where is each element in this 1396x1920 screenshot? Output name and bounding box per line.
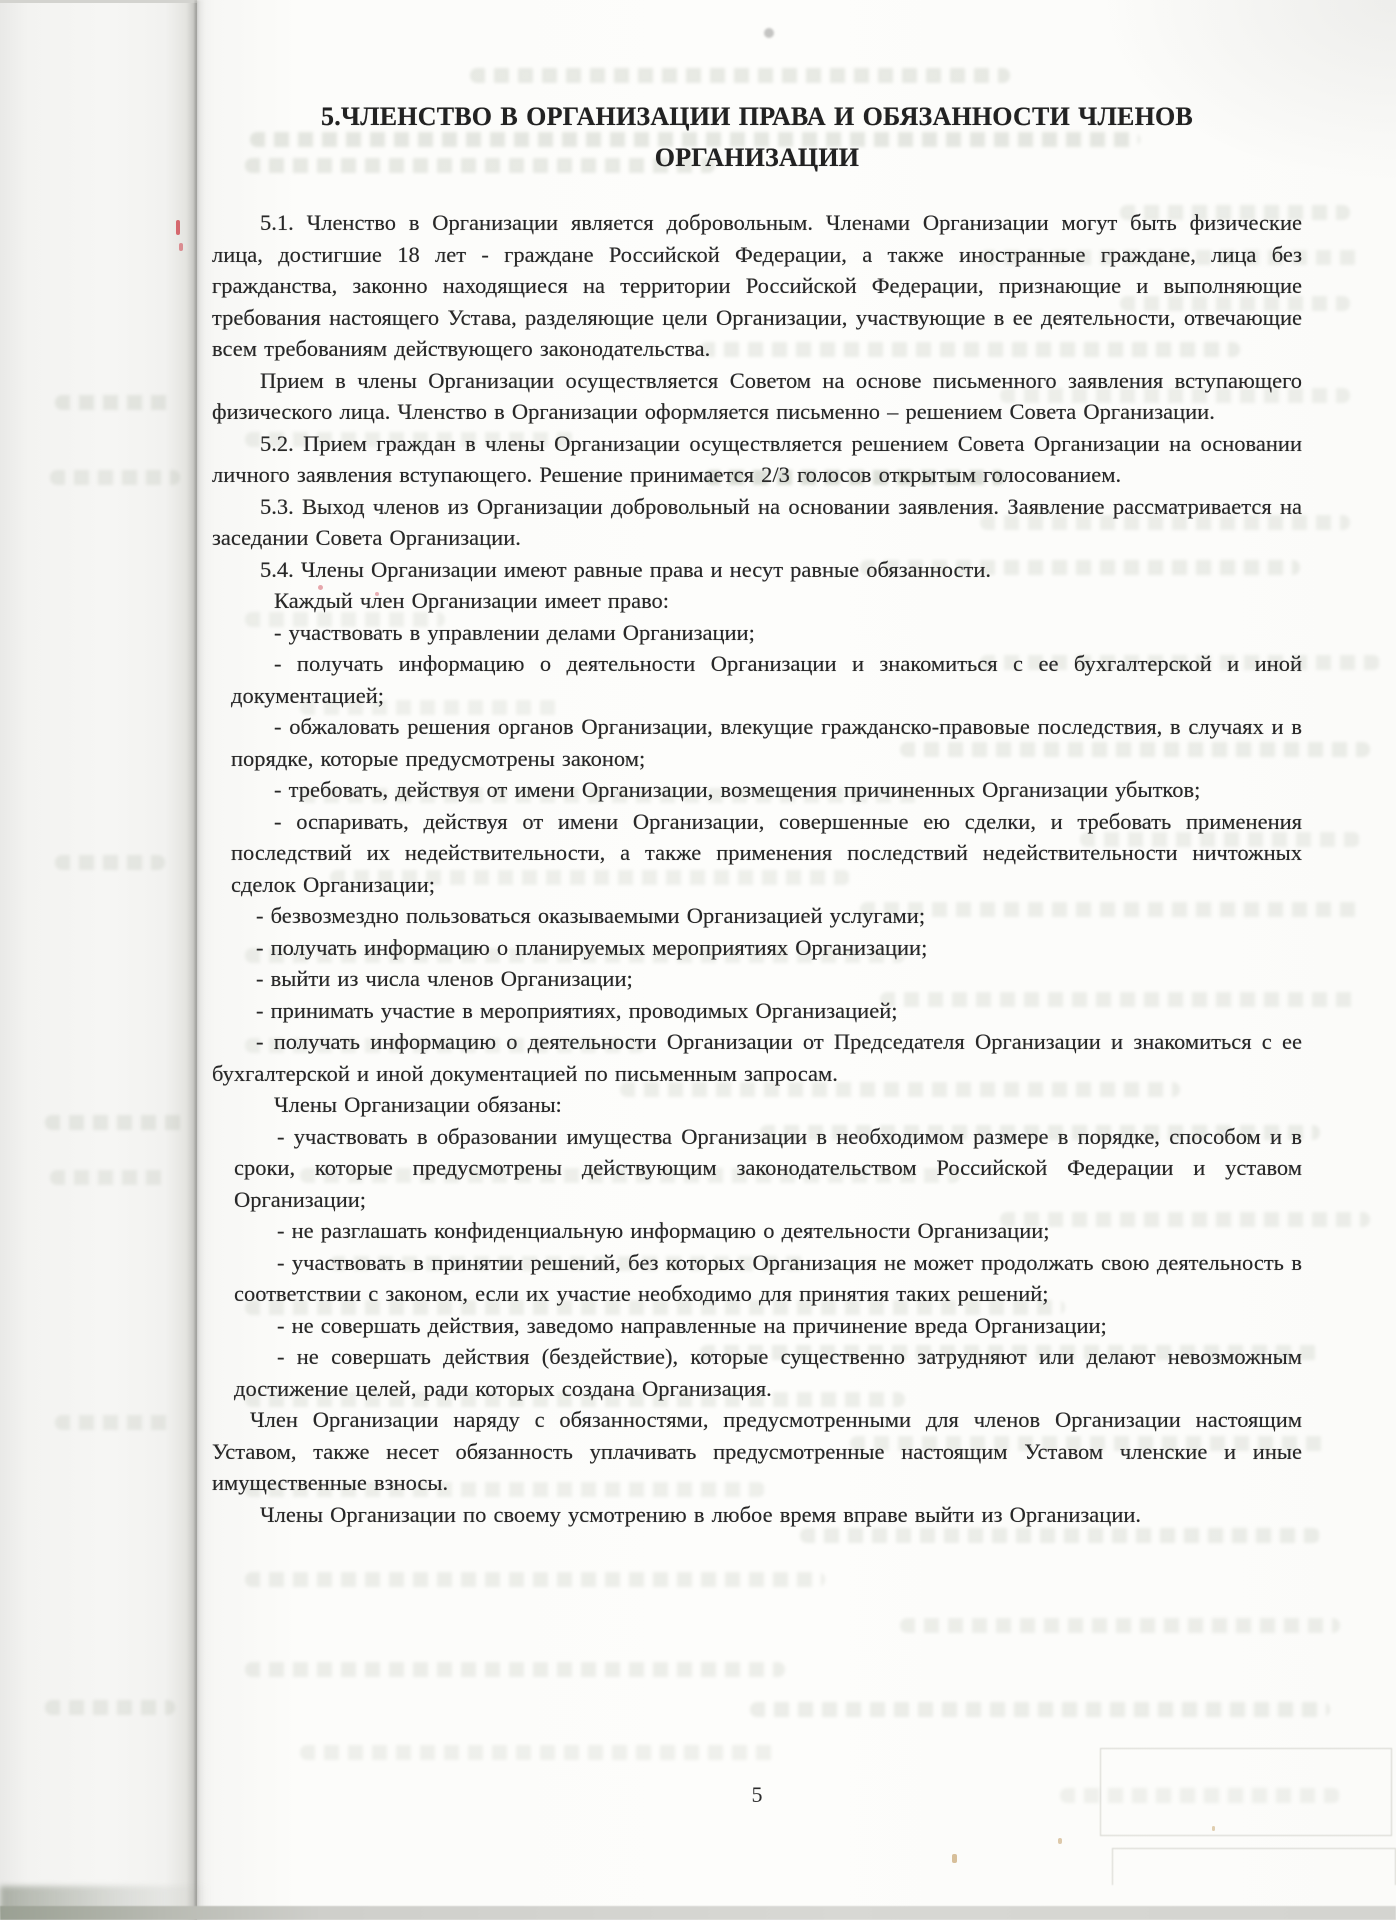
paragraph: 5.1. Членство в Организации является доб… bbox=[212, 207, 1302, 365]
paragraph: Члены Организации по своему усмотрению в… bbox=[212, 1499, 1302, 1531]
tan-speck bbox=[1212, 1826, 1215, 1831]
bleedthrough-line bbox=[50, 1170, 170, 1185]
bleedthrough-line bbox=[245, 1572, 825, 1587]
tan-speck bbox=[952, 1854, 957, 1863]
paragraph: - получать информацию о деятельности Орг… bbox=[212, 1026, 1302, 1089]
paragraph: - не совершать действия (бездействие), к… bbox=[212, 1341, 1302, 1404]
gray-dot bbox=[764, 28, 774, 38]
bleedthrough-line bbox=[55, 855, 165, 870]
paragraph: Члены Организации обязаны: bbox=[212, 1089, 1302, 1121]
paragraph: - участвовать в образовании имущества Ор… bbox=[212, 1121, 1302, 1216]
heading-line-1: 5.ЧЛЕНСТВО В ОРГАНИЗАЦИИ ПРАВА И ОБЯЗАНН… bbox=[321, 102, 1193, 131]
page-crease bbox=[195, 0, 205, 1920]
bleedthrough-line bbox=[45, 1115, 185, 1130]
paragraph: 5.2. Прием граждан в члены Организации о… bbox=[212, 428, 1302, 491]
bleedthrough-line bbox=[800, 1528, 1320, 1543]
paragraph: - требовать, действуя от имени Организац… bbox=[212, 774, 1302, 806]
bleedthrough-line bbox=[55, 395, 175, 410]
bleedthrough-line bbox=[750, 1702, 1330, 1717]
document-body: 5.ЧЛЕНСТВО В ОРГАНИЗАЦИИ ПРАВА И ОБЯЗАНН… bbox=[212, 96, 1302, 1530]
bleedthrough-stamp-box bbox=[1100, 1748, 1392, 1836]
pink-speck bbox=[318, 585, 323, 590]
bleedthrough-line bbox=[470, 68, 1010, 83]
page-under-edge bbox=[0, 0, 197, 1920]
paragraph: - получать информацию о планируемых меро… bbox=[212, 932, 1302, 964]
bleedthrough-line bbox=[50, 470, 180, 485]
paragraph: Член Организации наряду с обязанностями,… bbox=[212, 1404, 1302, 1499]
paragraph: 5.4. Члены Организации имеют равные прав… bbox=[212, 554, 1302, 586]
paragraph: - не совершать действия, заведомо направ… bbox=[212, 1310, 1302, 1342]
paragraph: Прием в члены Организации осуществляется… bbox=[212, 365, 1302, 428]
bleedthrough-line bbox=[300, 1745, 780, 1760]
scan-bottom-edge bbox=[0, 1906, 1396, 1920]
paragraph: - принимать участие в мероприятиях, пров… bbox=[212, 995, 1302, 1027]
pink-speck bbox=[375, 592, 379, 596]
scanned-page: 5.ЧЛЕНСТВО В ОРГАНИЗАЦИИ ПРАВА И ОБЯЗАНН… bbox=[0, 0, 1396, 1920]
paragraph: - обжаловать решения органов Организации… bbox=[212, 711, 1302, 774]
heading-line-2: ОРГАНИЗАЦИИ bbox=[655, 143, 859, 172]
tan-speck bbox=[1058, 1838, 1062, 1844]
red-ink-speck bbox=[176, 220, 180, 235]
paragraph: - участвовать в управлении делами Органи… bbox=[212, 617, 1302, 649]
section-heading: 5.ЧЛЕНСТВО В ОРГАНИЗАЦИИ ПРАВА И ОБЯЗАНН… bbox=[212, 96, 1302, 178]
paragraph: - участвовать в принятии решений, без ко… bbox=[212, 1247, 1302, 1310]
bleedthrough-line bbox=[245, 1662, 785, 1677]
paragraph: - безвозмездно пользоваться оказываемыми… bbox=[212, 900, 1302, 932]
paragraph: - не разглашать конфиденциальную информа… bbox=[212, 1215, 1302, 1247]
bleedthrough-line bbox=[900, 1618, 1340, 1633]
bleedthrough-line bbox=[55, 1415, 175, 1430]
red-ink-speck bbox=[179, 243, 183, 251]
paragraph: - получать информацию о деятельности Орг… bbox=[212, 648, 1302, 711]
bleedthrough-stamp-box-2 bbox=[1112, 1848, 1396, 1885]
paragraph: 5.3. Выход членов из Организации доброво… bbox=[212, 491, 1302, 554]
paragraph-container: 5.1. Членство в Организации является доб… bbox=[212, 207, 1302, 1530]
paragraph: Каждый член Организации имеет право: bbox=[212, 585, 1302, 617]
paragraph: - оспаривать, действуя от имени Организа… bbox=[212, 806, 1302, 901]
paragraph: - выйти из числа членов Организации; bbox=[212, 963, 1302, 995]
bleedthrough-line bbox=[45, 1700, 175, 1715]
